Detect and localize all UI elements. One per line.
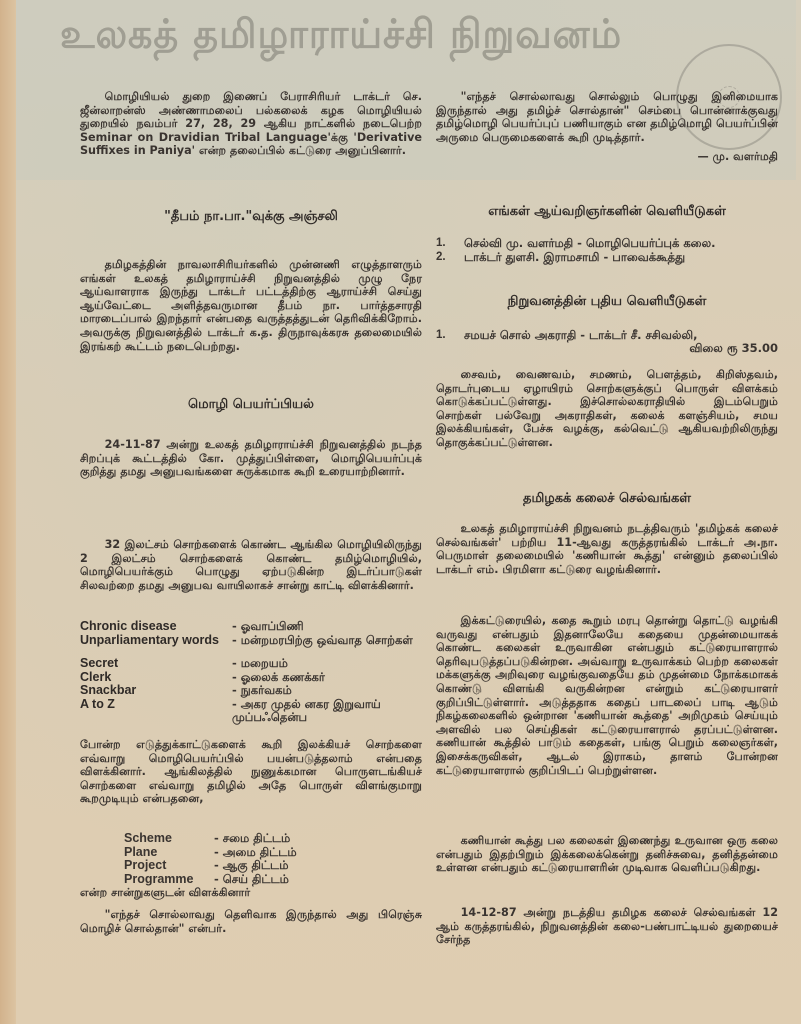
glossary-ta: - மறையம் (232, 657, 422, 671)
translation-heading: மொழி பெயர்ப்பியல் (80, 398, 422, 412)
researcher-publications-heading: எங்கள் ஆய்வறிஞர்களின் வெளியீடுகள் (436, 205, 778, 219)
signature: — மு. வளர்மதி (436, 150, 778, 164)
institute-publications-list: 1. சமயச் சொல் அகராதி - டாக்டர் சீ. சசிவல… (436, 328, 778, 356)
glossary-en: Unparliamentary words (80, 634, 232, 648)
tribute-paragraph: தமிழகத்தின் நாவலாசிரியர்களில் முன்னணி எழ… (80, 258, 422, 353)
glossary-en: Chronic disease (80, 620, 232, 634)
term-en: Project (124, 859, 214, 873)
page-left-edge (0, 0, 16, 1024)
arts-heading: தமிழகக் கலைச் செல்வங்கள் (436, 492, 778, 506)
french-quote: "எந்தச் சொல்லாவது தெளிவாக இருந்தால் அது … (80, 908, 422, 935)
researcher-publications-list: 1. செல்வி மு. வளர்மதி - மொழிபெயர்ப்புக் … (436, 236, 778, 264)
arts-paragraph-4: 14-12-87 அன்று நடத்திய தமிழக கலைச் செல்வ… (436, 906, 778, 947)
terms-closing: என்ற சான்றுகளுடன் விளக்கினார் (80, 886, 422, 900)
translation-paragraph-1: 24-11-87 அன்று உலகத் தமிழாராய்ச்சி நிறுவ… (80, 438, 422, 479)
arts-paragraph-1: உலகத் தமிழாராய்ச்சி நிறுவனம் நடத்திவரும்… (436, 522, 778, 576)
arts-paragraph-2: இக்கட்டுரையில், கதை கூறும் மரபு தொன்று த… (436, 614, 778, 777)
terms-list: Scheme - சமை திட்டம் Plane - அமை திட்டம்… (80, 832, 422, 900)
term-en: Scheme (124, 832, 214, 846)
translation-paragraph-2: 32 இலட்சம் சொற்களைக் கொண்ட ஆங்கில மொழியி… (80, 538, 422, 592)
glossary-en: Secret (80, 657, 232, 671)
term-ta: - சமை திட்டம் (214, 832, 422, 846)
list-item: 1. செல்வி மு. வளர்மதி - மொழிபெயர்ப்புக் … (436, 236, 778, 250)
glossary-en: Clerk (80, 671, 232, 685)
glossary-en: A to Z (80, 698, 232, 725)
masthead-title: உலகத் தமிழாராய்ச்சி நிறுவனம் (60, 11, 640, 74)
glossary-en: Snackbar (80, 684, 232, 698)
intro-paragraph: மொழியியல் துறை இணைப் பேராசிரியர் டாக்டர்… (80, 90, 422, 158)
dictionary-paragraph: சைவம், வைணவம், சமணம், பௌத்தம், கிறிஸ்தவம… (436, 368, 778, 450)
glossary-ta: - ஓலைக் கணக்கர் (232, 671, 422, 685)
term-ta: - ஆகு திட்டம் (214, 859, 422, 873)
glossary-list: Chronic disease - ஓவாப்பிணி Unparliament… (80, 620, 422, 725)
right-column: "எந்தச் சொல்லாவது சொல்லும் பொழுது இனிமைய… (436, 90, 778, 164)
price: விலை ரூ 35.00 (436, 342, 778, 356)
glossary-ta: - நுகர்வகம் (232, 684, 422, 698)
left-column: மொழியியல் துறை இணைப் பேராசிரியர் டாக்டர்… (80, 90, 422, 158)
institute-publications-heading: நிறுவனத்தின் புதிய வெளியீடுகள் (436, 295, 778, 309)
term-en: Programme (124, 873, 214, 887)
list-item: 1. சமயச் சொல் அகராதி - டாக்டர் சீ. சசிவல… (436, 328, 778, 342)
tribute-heading: "தீபம் நா.பா."வுக்கு அஞ்சலி (80, 210, 422, 224)
term-en: Plane (124, 846, 214, 860)
translation-paragraph-3: போன்ற எடுத்துக்காட்டுகளைக் கூறி இலக்கியச… (80, 738, 422, 806)
tamil-quote-paragraph: "எந்தச் சொல்லாவது சொல்லும் பொழுது இனிமைய… (436, 90, 778, 144)
term-ta: - செய் திட்டம் (214, 873, 422, 887)
glossary-ta: - ஓவாப்பிணி (232, 620, 422, 634)
list-item: 2. டாக்டர் துளசி. இராமசாமி - பாவைக்கூத்த… (436, 250, 778, 264)
term-ta: - அமை திட்டம் (214, 846, 422, 860)
glossary-ta: - மன்றமரபிற்கு ஒவ்வாத சொற்கள் (232, 634, 422, 648)
glossary-ta: - அகர முதல் னகர இறுவாய் முப்பஃதென்ப (232, 698, 422, 725)
arts-paragraph-3: கணியான் கூத்து பல கலைகள் இணைந்து உருவான … (436, 834, 778, 875)
